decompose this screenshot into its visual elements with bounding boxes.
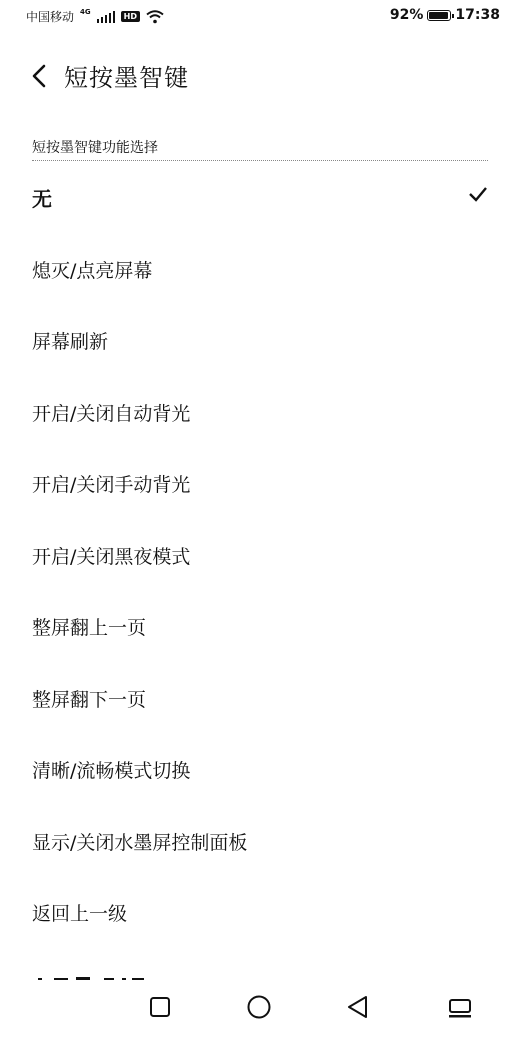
section-label: 短按墨智键功能选择	[32, 137, 158, 157]
network-type: 4G	[80, 8, 91, 16]
option-item[interactable]: 开启/关闭自动背光	[0, 377, 520, 449]
page-title: 短按墨智键	[64, 58, 189, 93]
option-label: 整屏翻上一页	[32, 613, 146, 640]
option-label: 清晰/流畅模式切换	[32, 756, 190, 783]
option-label: 开启/关闭黑夜模式	[32, 542, 190, 569]
option-item[interactable]: 整屏翻下一页	[0, 663, 520, 735]
option-item[interactable]: 返回上一级	[0, 877, 520, 949]
home-icon[interactable]	[245, 993, 273, 1021]
battery-percent: 92%	[390, 7, 424, 23]
option-item[interactable]: 无	[0, 162, 520, 234]
option-item[interactable]: 开启/关闭手动背光	[0, 448, 520, 520]
option-item[interactable]: 开启/关闭黑夜模式	[0, 520, 520, 592]
option-item[interactable]: 熄灭/点亮屏幕	[0, 234, 520, 306]
option-item[interactable]: 清晰/流畅模式切换	[0, 734, 520, 806]
app-header: 短按墨智键	[0, 56, 520, 96]
clock: 17:38	[455, 7, 500, 23]
navigation-bar	[0, 979, 520, 1039]
option-label: 开启/关闭手动背光	[32, 470, 190, 497]
hd-badge: HD	[121, 11, 140, 22]
recents-icon[interactable]	[146, 993, 174, 1021]
option-label: 屏幕刷新	[32, 327, 108, 354]
option-item[interactable]: 屏幕刷新	[0, 305, 520, 377]
keyboard-hide-icon[interactable]	[446, 993, 474, 1021]
option-item[interactable]: 整屏翻上一页	[0, 591, 520, 663]
option-label: 无	[32, 183, 52, 212]
carrier-label: 中国移动	[26, 8, 74, 25]
option-label: 开启/关闭自动背光	[32, 399, 190, 426]
battery-icon	[427, 10, 451, 21]
option-label: 返回上一级	[32, 899, 127, 926]
option-list: 无 熄灭/点亮屏幕 屏幕刷新 开启/关闭自动背光 开启/关闭手动背光 开启/关闭…	[0, 162, 520, 949]
back-icon[interactable]	[344, 993, 372, 1021]
chevron-left-icon[interactable]	[28, 60, 52, 92]
wifi-icon	[146, 10, 164, 24]
option-label: 显示/关闭水墨屏控制面板	[32, 828, 247, 855]
signal-icon	[97, 11, 115, 23]
checkmark-icon	[468, 186, 488, 202]
divider	[32, 160, 488, 161]
option-item[interactable]: 显示/关闭水墨屏控制面板	[0, 806, 520, 878]
status-bar: 中国移动 4G HD 92% 17:38	[0, 0, 520, 34]
option-label: 整屏翻下一页	[32, 685, 146, 712]
option-label: 熄灭/点亮屏幕	[32, 256, 152, 283]
